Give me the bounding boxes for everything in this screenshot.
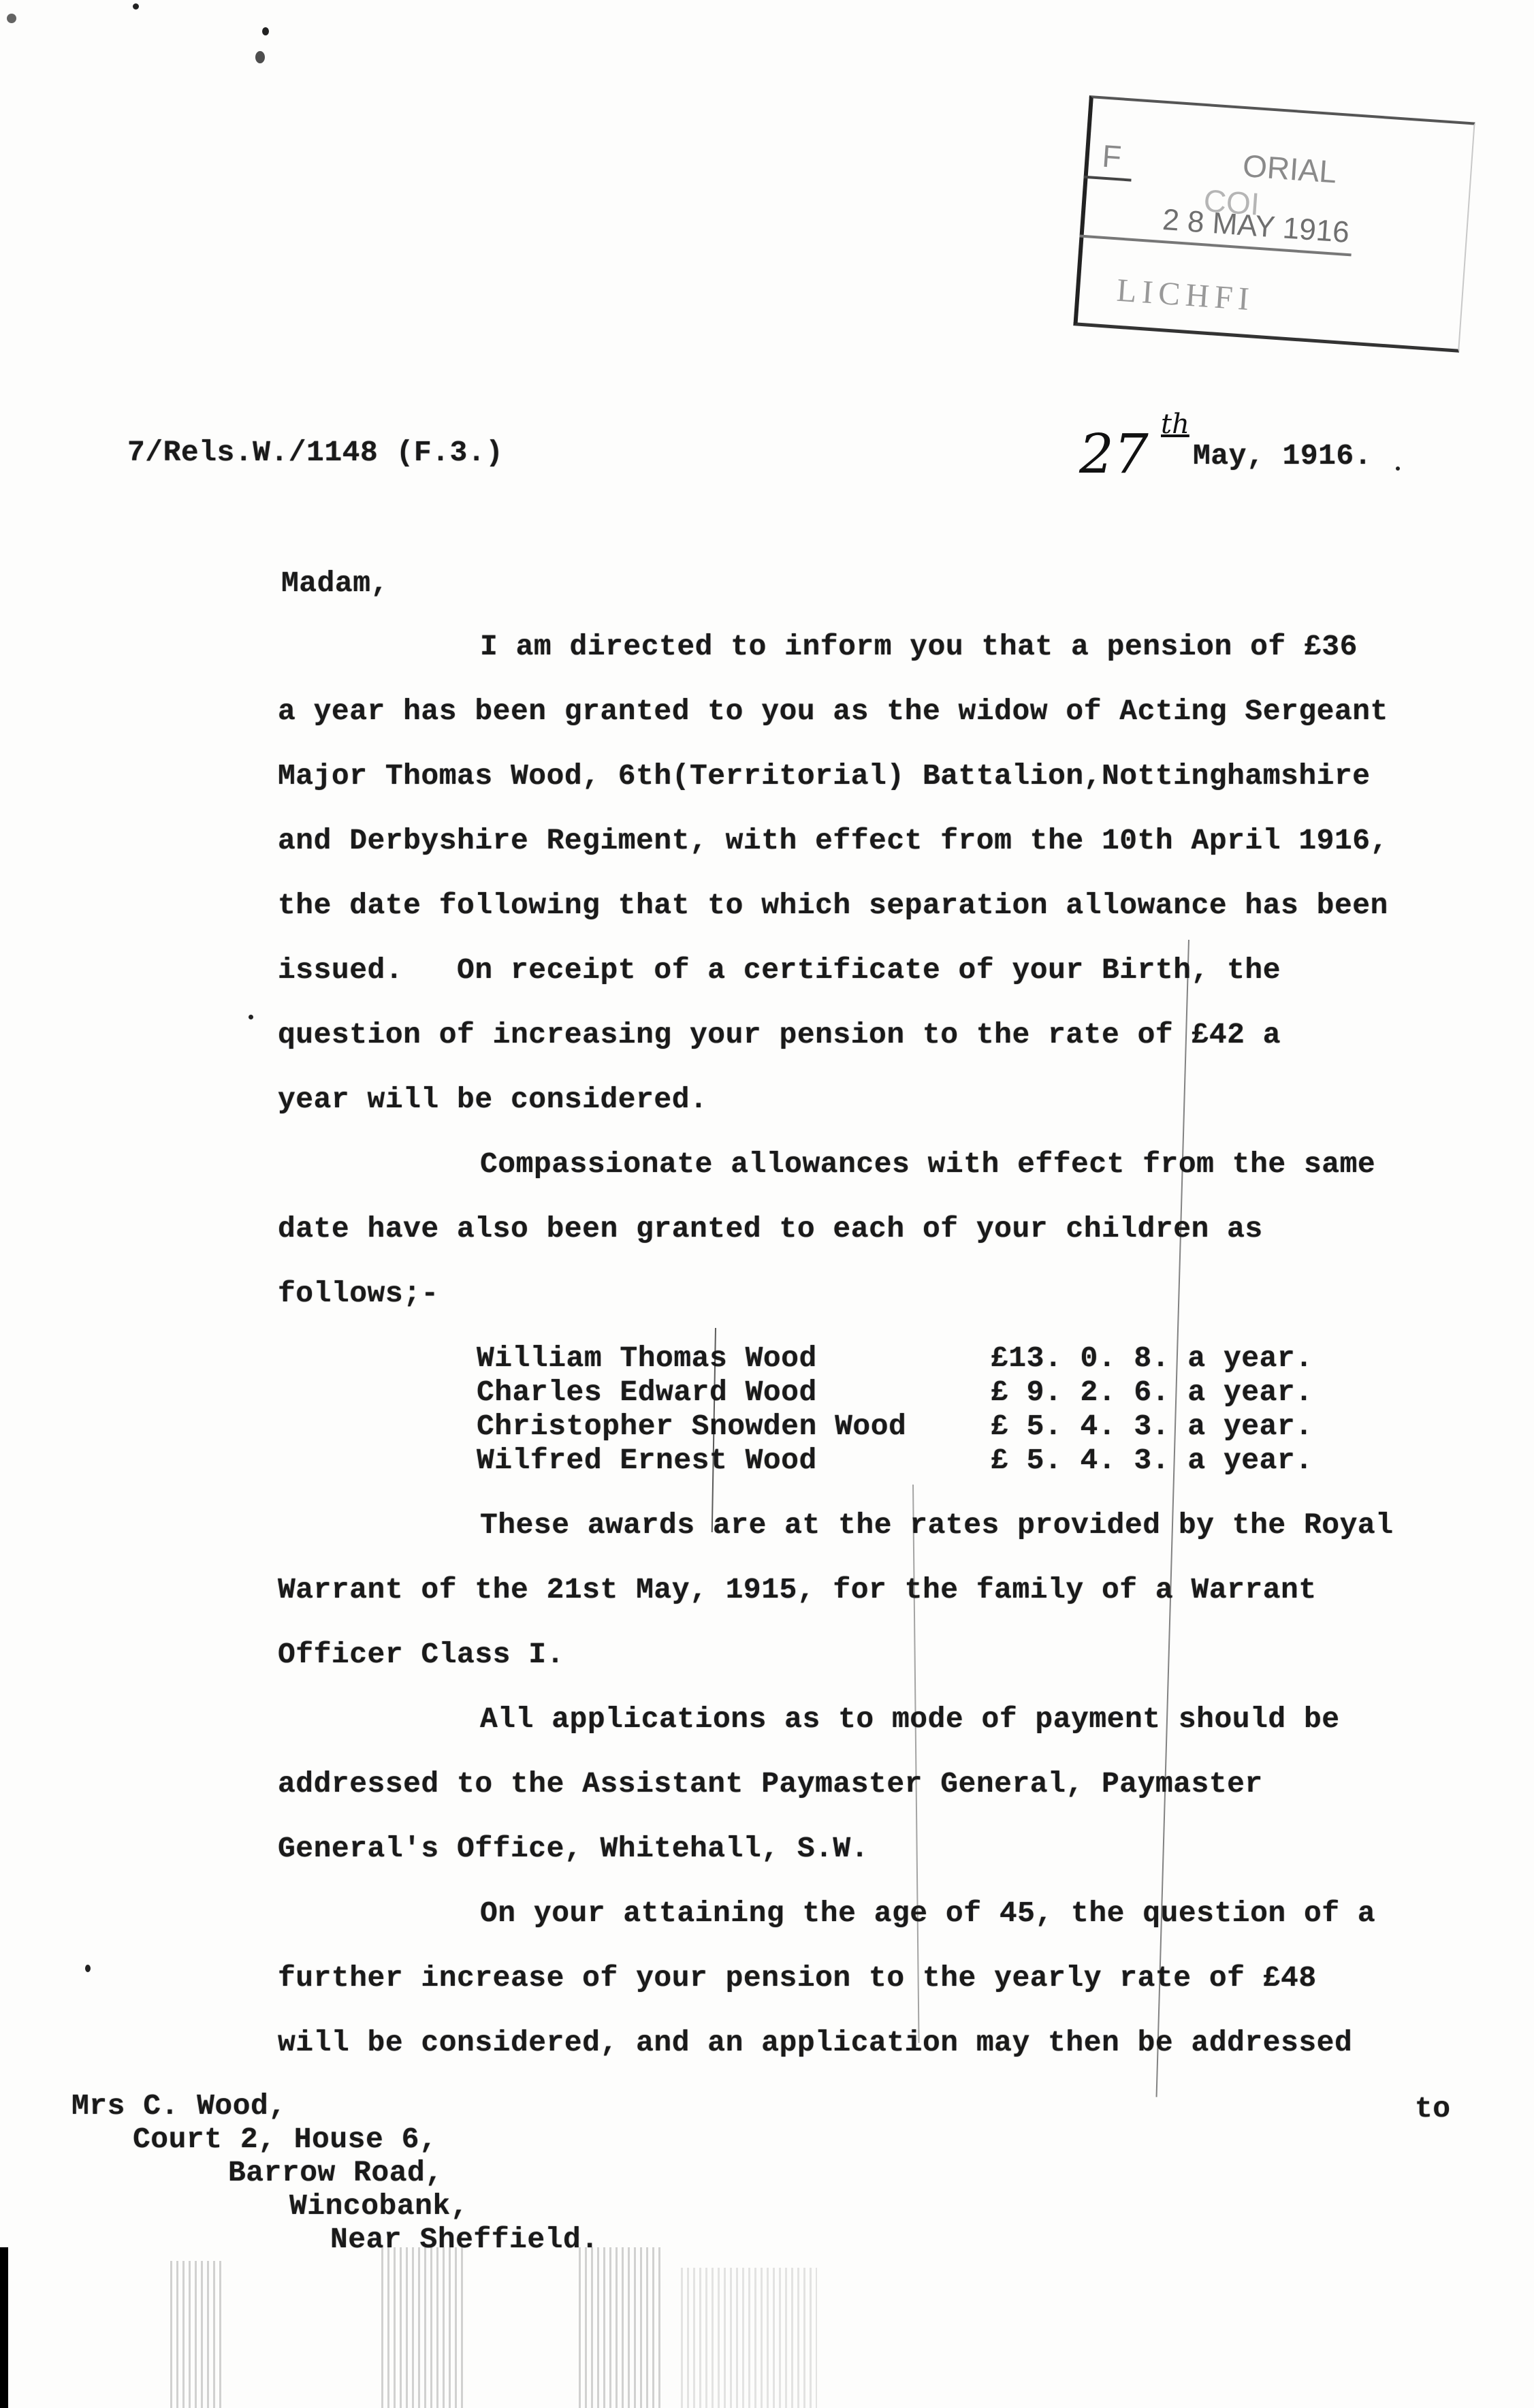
document-page: F ORIAL COI 2 8 MAY 1916 LICHFI 7/Rels.W… xyxy=(0,0,1534,2408)
paragraph-line: Compassionate allowances with effect fro… xyxy=(480,1147,1375,1181)
child-name: Wilfred Ernest Wood xyxy=(477,1444,817,1477)
scan-speck xyxy=(85,1965,91,1972)
paragraph-line: addressed to the Assistant Paymaster Gen… xyxy=(278,1767,1263,1801)
scan-speck xyxy=(133,3,139,10)
address-line: Wincobank, xyxy=(289,2189,468,2223)
address-line: Barrow Road, xyxy=(228,2156,443,2189)
salutation: Madam, xyxy=(281,567,389,600)
reference-number: 7/Rels.W./1148 (F.3.) xyxy=(127,436,503,469)
paragraph-line: General's Office, Whitehall, S.W. xyxy=(278,1832,869,1865)
paragraph-line: question of increasing your pension to t… xyxy=(278,1018,1281,1051)
scan-noise xyxy=(381,2247,463,2408)
scan-speck xyxy=(7,14,16,23)
paragraph-line: issued. On receipt of a certificate of y… xyxy=(278,953,1281,987)
received-stamp: F ORIAL COI 2 8 MAY 1916 LICHFI xyxy=(1072,95,1484,368)
scan-speck xyxy=(262,27,269,35)
paragraph-line: On your attaining the age of 45, the que… xyxy=(480,1897,1375,1930)
paragraph-line: date have also been granted to each of y… xyxy=(278,1212,1263,1246)
paragraph-line: will be considered, and an application m… xyxy=(278,2026,1352,2059)
child-amount: £ 5. 4. 3. a year. xyxy=(991,1410,1313,1443)
date-suffix-handwritten: th xyxy=(1161,409,1189,440)
paper-crease xyxy=(912,1485,920,2043)
paragraph-line: year will be considered. xyxy=(278,1083,707,1116)
scan-speck xyxy=(255,51,265,63)
child-name: Charles Edward Wood xyxy=(477,1376,817,1409)
child-amount: £13. 0. 8. a year. xyxy=(991,1342,1313,1375)
paragraph-line: These awards are at the rates provided b… xyxy=(480,1508,1394,1542)
paragraph-line: Warrant of the 21st May, 1915, for the f… xyxy=(278,1573,1317,1606)
date-day-handwritten: 27 xyxy=(1079,422,1149,486)
address-line: Mrs C. Wood, xyxy=(71,2089,287,2123)
scan-speck xyxy=(249,1015,253,1019)
address-line: Near Sheffield. xyxy=(330,2223,599,2256)
paragraph-line: Officer Class I. xyxy=(278,1638,564,1671)
scan-edge xyxy=(0,2247,8,2408)
continuation-word: to xyxy=(1415,2092,1451,2125)
paragraph-line: I am directed to inform you that a pensi… xyxy=(480,630,1358,663)
paragraph-line: All applications as to mode of payment s… xyxy=(480,1702,1340,1736)
child-name: William Thomas Wood xyxy=(477,1342,817,1375)
date-typed: May, 1916. xyxy=(1193,439,1372,473)
child-name: Christopher Snowden Wood xyxy=(477,1410,906,1443)
paragraph-line: the date following that to which separat… xyxy=(278,889,1388,922)
paragraph-line: Major Thomas Wood, 6th(Territorial) Batt… xyxy=(278,759,1371,793)
scan-noise xyxy=(170,2261,225,2408)
address-line: Court 2, House 6, xyxy=(133,2123,437,2156)
paragraph-line: a year has been granted to you as the wi… xyxy=(278,695,1388,728)
scan-speck xyxy=(1396,466,1400,471)
child-amount: £ 5. 4. 3. a year. xyxy=(991,1444,1313,1477)
paragraph-line: and Derbyshire Regiment, with effect fro… xyxy=(278,824,1388,857)
scan-noise xyxy=(579,2247,660,2408)
scan-noise xyxy=(681,2268,817,2408)
paragraph-line: follows;- xyxy=(278,1277,439,1310)
child-amount: £ 9. 2. 6. a year. xyxy=(991,1376,1313,1409)
